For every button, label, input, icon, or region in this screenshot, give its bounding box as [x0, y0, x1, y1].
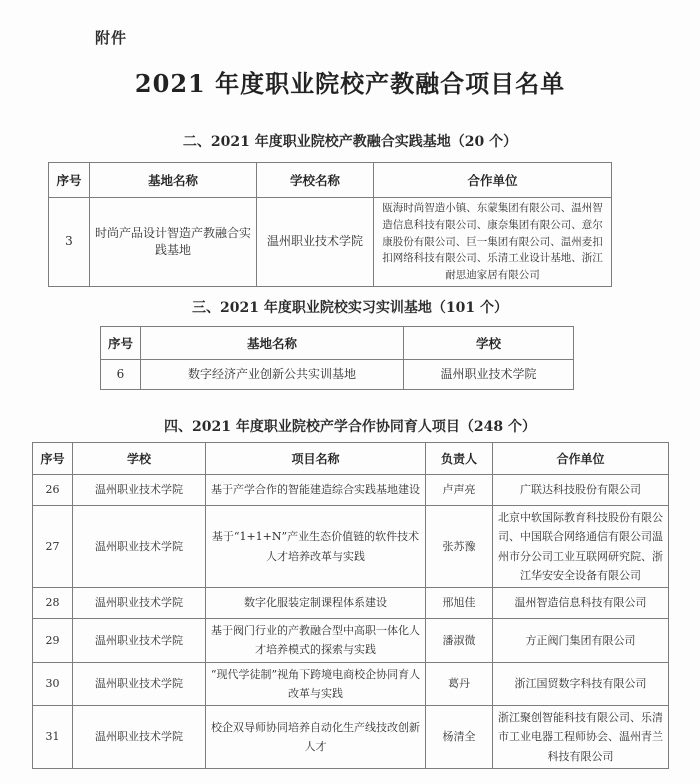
table-cell: 温州职业技术学院: [257, 198, 374, 287]
table-cell: 潘淑微: [426, 619, 493, 663]
column-header: 序号: [101, 327, 141, 360]
table-cell: 30: [33, 662, 73, 706]
column-header: 合作单位: [493, 443, 669, 475]
table-cell: 基于“1+1+N”产业生态价值链的软件技术人才培养改革与实践: [206, 506, 426, 588]
column-header: 基地名称: [90, 163, 257, 198]
table-cell: 张苏豫: [426, 506, 493, 588]
table-header-row: 序号基地名称学校: [101, 327, 574, 360]
table-cell: 方正阀门集团有限公司: [493, 619, 669, 663]
section-heading-training-bases: 三、2021 年度职业院校实习实训基地（101 个）: [0, 297, 700, 317]
column-header: 序号: [49, 163, 90, 198]
table-cell: 北京中软国际教育科技股份有限公司、中国联合网络通信有限公司温州市分公司工业互联网…: [493, 506, 669, 588]
table-cell: 26: [33, 475, 73, 506]
attachment-label: 附件: [95, 27, 127, 48]
table-cell: 29: [33, 619, 73, 663]
table-cell: 校企双导师协同培养自动化生产线技改创新人才: [206, 706, 426, 769]
table-cell: 邢旭佳: [426, 588, 493, 619]
table-row: 31温州职业技术学院校企双导师协同培养自动化生产线技改创新人才杨清全浙江聚创智能…: [33, 706, 669, 769]
table-cell: 温州智造信息科技有限公司: [493, 588, 669, 619]
section-heading-collaboration-projects: 四、2021 年度职业院校产学合作协同育人项目（248 个）: [0, 416, 700, 436]
table-cell: 温州职业技术学院: [73, 506, 206, 588]
table-row: 6数字经济产业创新公共实训基地温州职业技术学院: [101, 360, 574, 390]
table-cell: 浙江聚创智能科技有限公司、乐清市工业电器工程师协会、温州青兰科技有限公司: [493, 706, 669, 769]
table-cell: 基于产学合作的智能建造综合实践基地建设: [206, 475, 426, 506]
table-row: 28温州职业技术学院数字化服装定制课程体系建设邢旭佳温州智造信息科技有限公司: [33, 588, 669, 619]
collaboration-project-table: 序号学校项目名称负责人合作单位26温州职业技术学院基于产学合作的智能建造综合实践…: [32, 442, 669, 769]
table-cell: 28: [33, 588, 73, 619]
table-row: 30温州职业技术学院“现代学徒制”视角下跨境电商校企协同育人改革与实践葛丹浙江国…: [33, 662, 669, 706]
table-cell: 温州职业技术学院: [73, 662, 206, 706]
table-cell: 浙江国贸数字科技有限公司: [493, 662, 669, 706]
table-cell: 葛丹: [426, 662, 493, 706]
table-cell: 广联达科技股份有限公司: [493, 475, 669, 506]
table-header-row: 序号基地名称学校名称合作单位: [49, 163, 612, 198]
table-cell: 瓯海时尚智造小镇、东蒙集团有限公司、温州智造信息科技有限公司、康奈集团有限公司、…: [374, 198, 612, 287]
table-cell: 杨清全: [426, 706, 493, 769]
column-header: 基地名称: [141, 327, 404, 360]
table-cell: 基于阀门行业的产教融合型中高职一体化人才培养模式的探索与实践: [206, 619, 426, 663]
practice-base-table: 序号基地名称学校名称合作单位3时尚产品设计智造产教融合实践基地温州职业技术学院瓯…: [48, 162, 612, 287]
column-header: 负责人: [426, 443, 493, 475]
column-header: 项目名称: [206, 443, 426, 475]
table-cell: 数字化服装定制课程体系建设: [206, 588, 426, 619]
column-header: 学校: [404, 327, 574, 360]
table-cell: 数字经济产业创新公共实训基地: [141, 360, 404, 390]
table-cell: 31: [33, 706, 73, 769]
table-cell: 温州职业技术学院: [73, 588, 206, 619]
table-cell: “现代学徒制”视角下跨境电商校企协同育人改革与实践: [206, 662, 426, 706]
table-cell: 温州职业技术学院: [73, 475, 206, 506]
page-title: 2021 年度职业院校产教融合项目名单: [0, 64, 700, 99]
table-row: 29温州职业技术学院基于阀门行业的产教融合型中高职一体化人才培养模式的探索与实践…: [33, 619, 669, 663]
column-header: 学校: [73, 443, 206, 475]
table-cell: 时尚产品设计智造产教融合实践基地: [90, 198, 257, 287]
table-cell: 温州职业技术学院: [73, 619, 206, 663]
document-page: 附件 2021 年度职业院校产教融合项目名单 二、2021 年度职业院校产教融合…: [0, 0, 700, 784]
table-row: 27温州职业技术学院基于“1+1+N”产业生态价值链的软件技术人才培养改革与实践…: [33, 506, 669, 588]
column-header: 合作单位: [374, 163, 612, 198]
table-row: 3时尚产品设计智造产教融合实践基地温州职业技术学院瓯海时尚智造小镇、东蒙集团有限…: [49, 198, 612, 287]
table-cell: 温州职业技术学院: [73, 706, 206, 769]
table-cell: 27: [33, 506, 73, 588]
column-header: 学校名称: [257, 163, 374, 198]
table-cell: 6: [101, 360, 141, 390]
training-base-table: 序号基地名称学校6数字经济产业创新公共实训基地温州职业技术学院: [100, 326, 574, 390]
table-cell: 温州职业技术学院: [404, 360, 574, 390]
table-cell: 卢声亮: [426, 475, 493, 506]
column-header: 序号: [33, 443, 73, 475]
table-cell: 3: [49, 198, 90, 287]
section-heading-practice-bases: 二、2021 年度职业院校产教融合实践基地（20 个）: [0, 131, 700, 151]
table-header-row: 序号学校项目名称负责人合作单位: [33, 443, 669, 475]
table-row: 26温州职业技术学院基于产学合作的智能建造综合实践基地建设卢声亮广联达科技股份有…: [33, 475, 669, 506]
